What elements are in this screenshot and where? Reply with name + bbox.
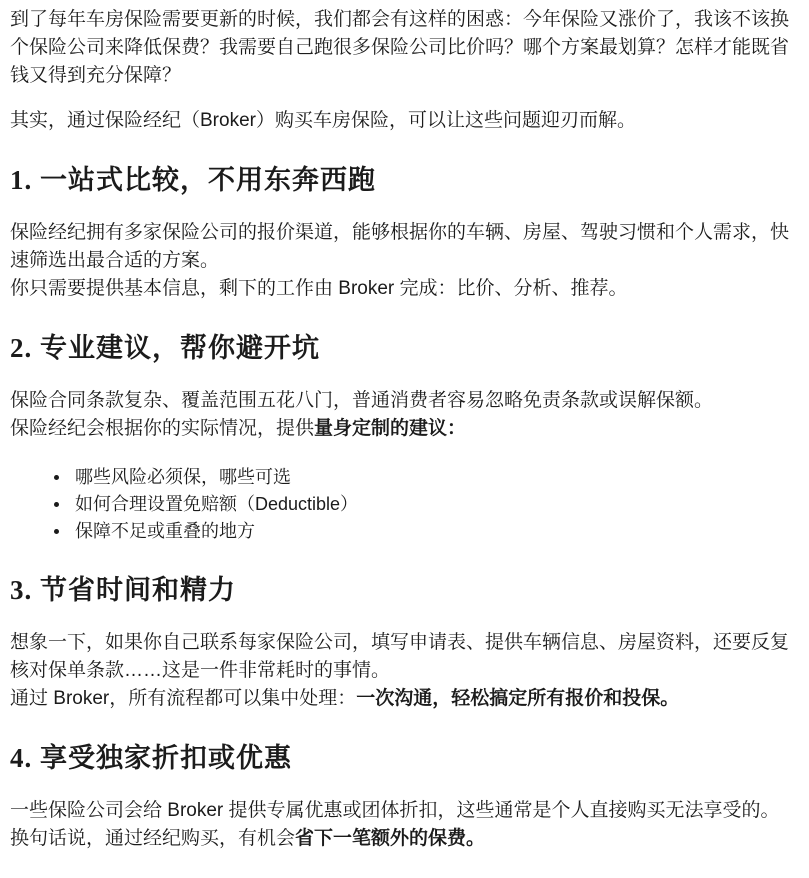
section-body-3: 想象一下，如果你自己联系每家保险公司，填写申请表、提供车辆信息、房屋资料，还要反… — [10, 629, 793, 713]
paragraph: 换句话说，通过经纪购买，有机会省下一笔额外的保费。 — [10, 825, 793, 853]
paragraph-text: 一些保险公司会给 Broker 提供专属优惠或团体折扣，这些通常是个人直接购买无… — [10, 800, 780, 821]
bullet-icon — [54, 475, 59, 480]
section-body-2: 保险合同条款复杂、覆盖范围五花八门，普通消费者容易忽略免责条款或误解保额。 保险… — [10, 387, 793, 545]
list-item: 保障不足或重叠的地方 — [54, 518, 793, 545]
paragraph: 一些保险公司会给 Broker 提供专属优惠或团体折扣，这些通常是个人直接购买无… — [10, 797, 793, 825]
intro-paragraph-1: 到了每年车房保险需要更新的时候，我们都会有这样的困惑：今年保险又涨价了，我该不该… — [10, 6, 793, 90]
paragraph-bold-text: 量身定制的建议： — [314, 418, 466, 439]
paragraph-bold-text: 一次沟通，轻松搞定所有报价和投保。 — [356, 688, 679, 709]
paragraph: 保险合同条款复杂、覆盖范围五花八门，普通消费者容易忽略免责条款或误解保额。 — [10, 387, 793, 415]
paragraph-text: 你只需要提供基本信息，剩下的工作由 Broker 完成：比价、分析、推荐。 — [10, 278, 628, 299]
list-item-text: 保障不足或重叠的地方 — [75, 521, 255, 541]
list-item: 如何合理设置免赔额（Deductible） — [54, 491, 793, 518]
paragraph-text: 保险经纪会根据你的实际情况，提供 — [10, 418, 314, 439]
section-body-1: 保险经纪拥有多家保险公司的报价渠道，能够根据你的车辆、房屋、驾驶习惯和个人需求，… — [10, 219, 793, 303]
section-heading-2: 2. 专业建议，帮你避开坑 — [10, 332, 793, 364]
section-heading-1: 1. 一站式比较，不用东奔西跑 — [10, 164, 793, 196]
list-item: 哪些风险必须保，哪些可选 — [54, 464, 793, 491]
section-heading-4: 4. 享受独家折扣或优惠 — [10, 742, 793, 774]
paragraph-bold-text: 省下一笔额外的保费。 — [295, 828, 485, 849]
paragraph: 通过 Broker，所有流程都可以集中处理：一次沟通，轻松搞定所有报价和投保。 — [10, 685, 793, 713]
paragraph: 想象一下，如果你自己联系每家保险公司，填写申请表、提供车辆信息、房屋资料，还要反… — [10, 629, 793, 685]
intro-paragraph-2: 其实，通过保险经纪（Broker）购买车房保险，可以让这些问题迎刃而解。 — [10, 107, 793, 135]
paragraph: 保险经纪会根据你的实际情况，提供量身定制的建议： — [10, 415, 793, 443]
paragraph-text: 换句话说，通过经纪购买，有机会 — [10, 828, 295, 849]
section-exclusive-discounts: 4. 享受独家折扣或优惠 一些保险公司会给 Broker 提供专属优惠或团体折扣… — [10, 742, 793, 853]
section-save-time-energy: 3. 节省时间和精力 想象一下，如果你自己联系每家保险公司，填写申请表、提供车辆… — [10, 574, 793, 713]
paragraph-text: 保险经纪拥有多家保险公司的报价渠道，能够根据你的车辆、房屋、驾驶习惯和个人需求，… — [10, 222, 789, 271]
paragraph-text: 通过 Broker，所有流程都可以集中处理： — [10, 688, 356, 709]
bullet-icon — [54, 502, 59, 507]
section-professional-advice: 2. 专业建议，帮你避开坑 保险合同条款复杂、覆盖范围五花八门，普通消费者容易忽… — [10, 332, 793, 545]
paragraph: 保险经纪拥有多家保险公司的报价渠道，能够根据你的车辆、房屋、驾驶习惯和个人需求，… — [10, 219, 793, 275]
paragraph-text: 想象一下，如果你自己联系每家保险公司，填写申请表、提供车辆信息、房屋资料，还要反… — [10, 632, 789, 681]
section-heading-3: 3. 节省时间和精力 — [10, 574, 793, 606]
advice-bullet-list: 哪些风险必须保，哪些可选 如何合理设置免赔额（Deductible） 保障不足或… — [10, 464, 793, 545]
list-item-text: 哪些风险必须保，哪些可选 — [75, 467, 291, 487]
bullet-icon — [54, 529, 59, 534]
article-page: 到了每年车房保险需要更新的时候，我们都会有这样的困惑：今年保险又涨价了，我该不该… — [0, 0, 809, 853]
list-item-text: 如何合理设置免赔额（Deductible） — [75, 494, 358, 514]
paragraph: 你只需要提供基本信息，剩下的工作由 Broker 完成：比价、分析、推荐。 — [10, 275, 793, 303]
section-body-4: 一些保险公司会给 Broker 提供专属优惠或团体折扣，这些通常是个人直接购买无… — [10, 797, 793, 853]
section-one-stop-comparison: 1. 一站式比较，不用东奔西跑 保险经纪拥有多家保险公司的报价渠道，能够根据你的… — [10, 164, 793, 303]
paragraph-text: 保险合同条款复杂、覆盖范围五花八门，普通消费者容易忽略免责条款或误解保额。 — [10, 390, 713, 411]
